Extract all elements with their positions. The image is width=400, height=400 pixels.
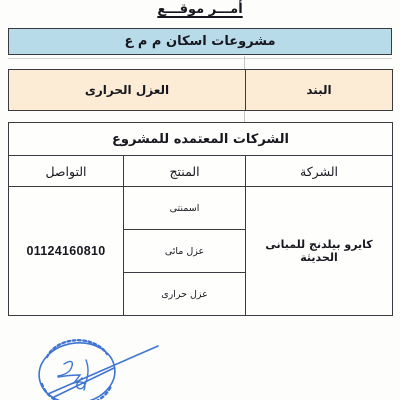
project-banner: مشروعات اسكان م م ع bbox=[8, 28, 392, 55]
approved-companies-table: الشركات المعتمده للمشروع الشركة المنتج ا… bbox=[8, 122, 393, 316]
banner-scan-shadow bbox=[8, 58, 392, 59]
companies-table-title: الشركات المعتمده للمشروع bbox=[9, 123, 393, 156]
product-cell-thermal-insulation: عزل حرارى bbox=[124, 273, 246, 316]
item-value-cell: العزل الحرارى bbox=[9, 70, 246, 111]
document-title: أمـــر موقـــع bbox=[0, 2, 400, 17]
column-header-company: الشركة bbox=[246, 156, 393, 187]
ink-stamp-signature-icon bbox=[18, 336, 178, 400]
table-title-row: الشركات المعتمده للمشروع bbox=[9, 123, 393, 156]
item-table: البند العزل الحرارى bbox=[8, 69, 393, 111]
project-banner-text: مشروعات اسكان م م ع bbox=[124, 34, 275, 49]
company-name-cell: كايرو بيلدنج للمبانى الحديثة bbox=[246, 187, 393, 316]
item-header-cell: البند bbox=[246, 70, 393, 111]
item-table-row: البند العزل الحرارى bbox=[9, 70, 393, 111]
table-row: كايرو بيلدنج للمبانى الحديثة اسمنتى 0112… bbox=[9, 187, 393, 230]
product-cell-cement: اسمنتى bbox=[124, 187, 246, 230]
product-cell-water-insulation: عزل مائى bbox=[124, 230, 246, 273]
column-header-product: المنتج bbox=[124, 156, 246, 187]
column-header-contact: التواصل bbox=[9, 156, 124, 187]
scanned-document-page: أمـــر موقـــع مشروعات اسكان م م ع البند… bbox=[0, 0, 400, 400]
table-header-row: الشركة المنتج التواصل bbox=[9, 156, 393, 187]
contact-phone-cell: 01124160810 bbox=[9, 187, 124, 316]
